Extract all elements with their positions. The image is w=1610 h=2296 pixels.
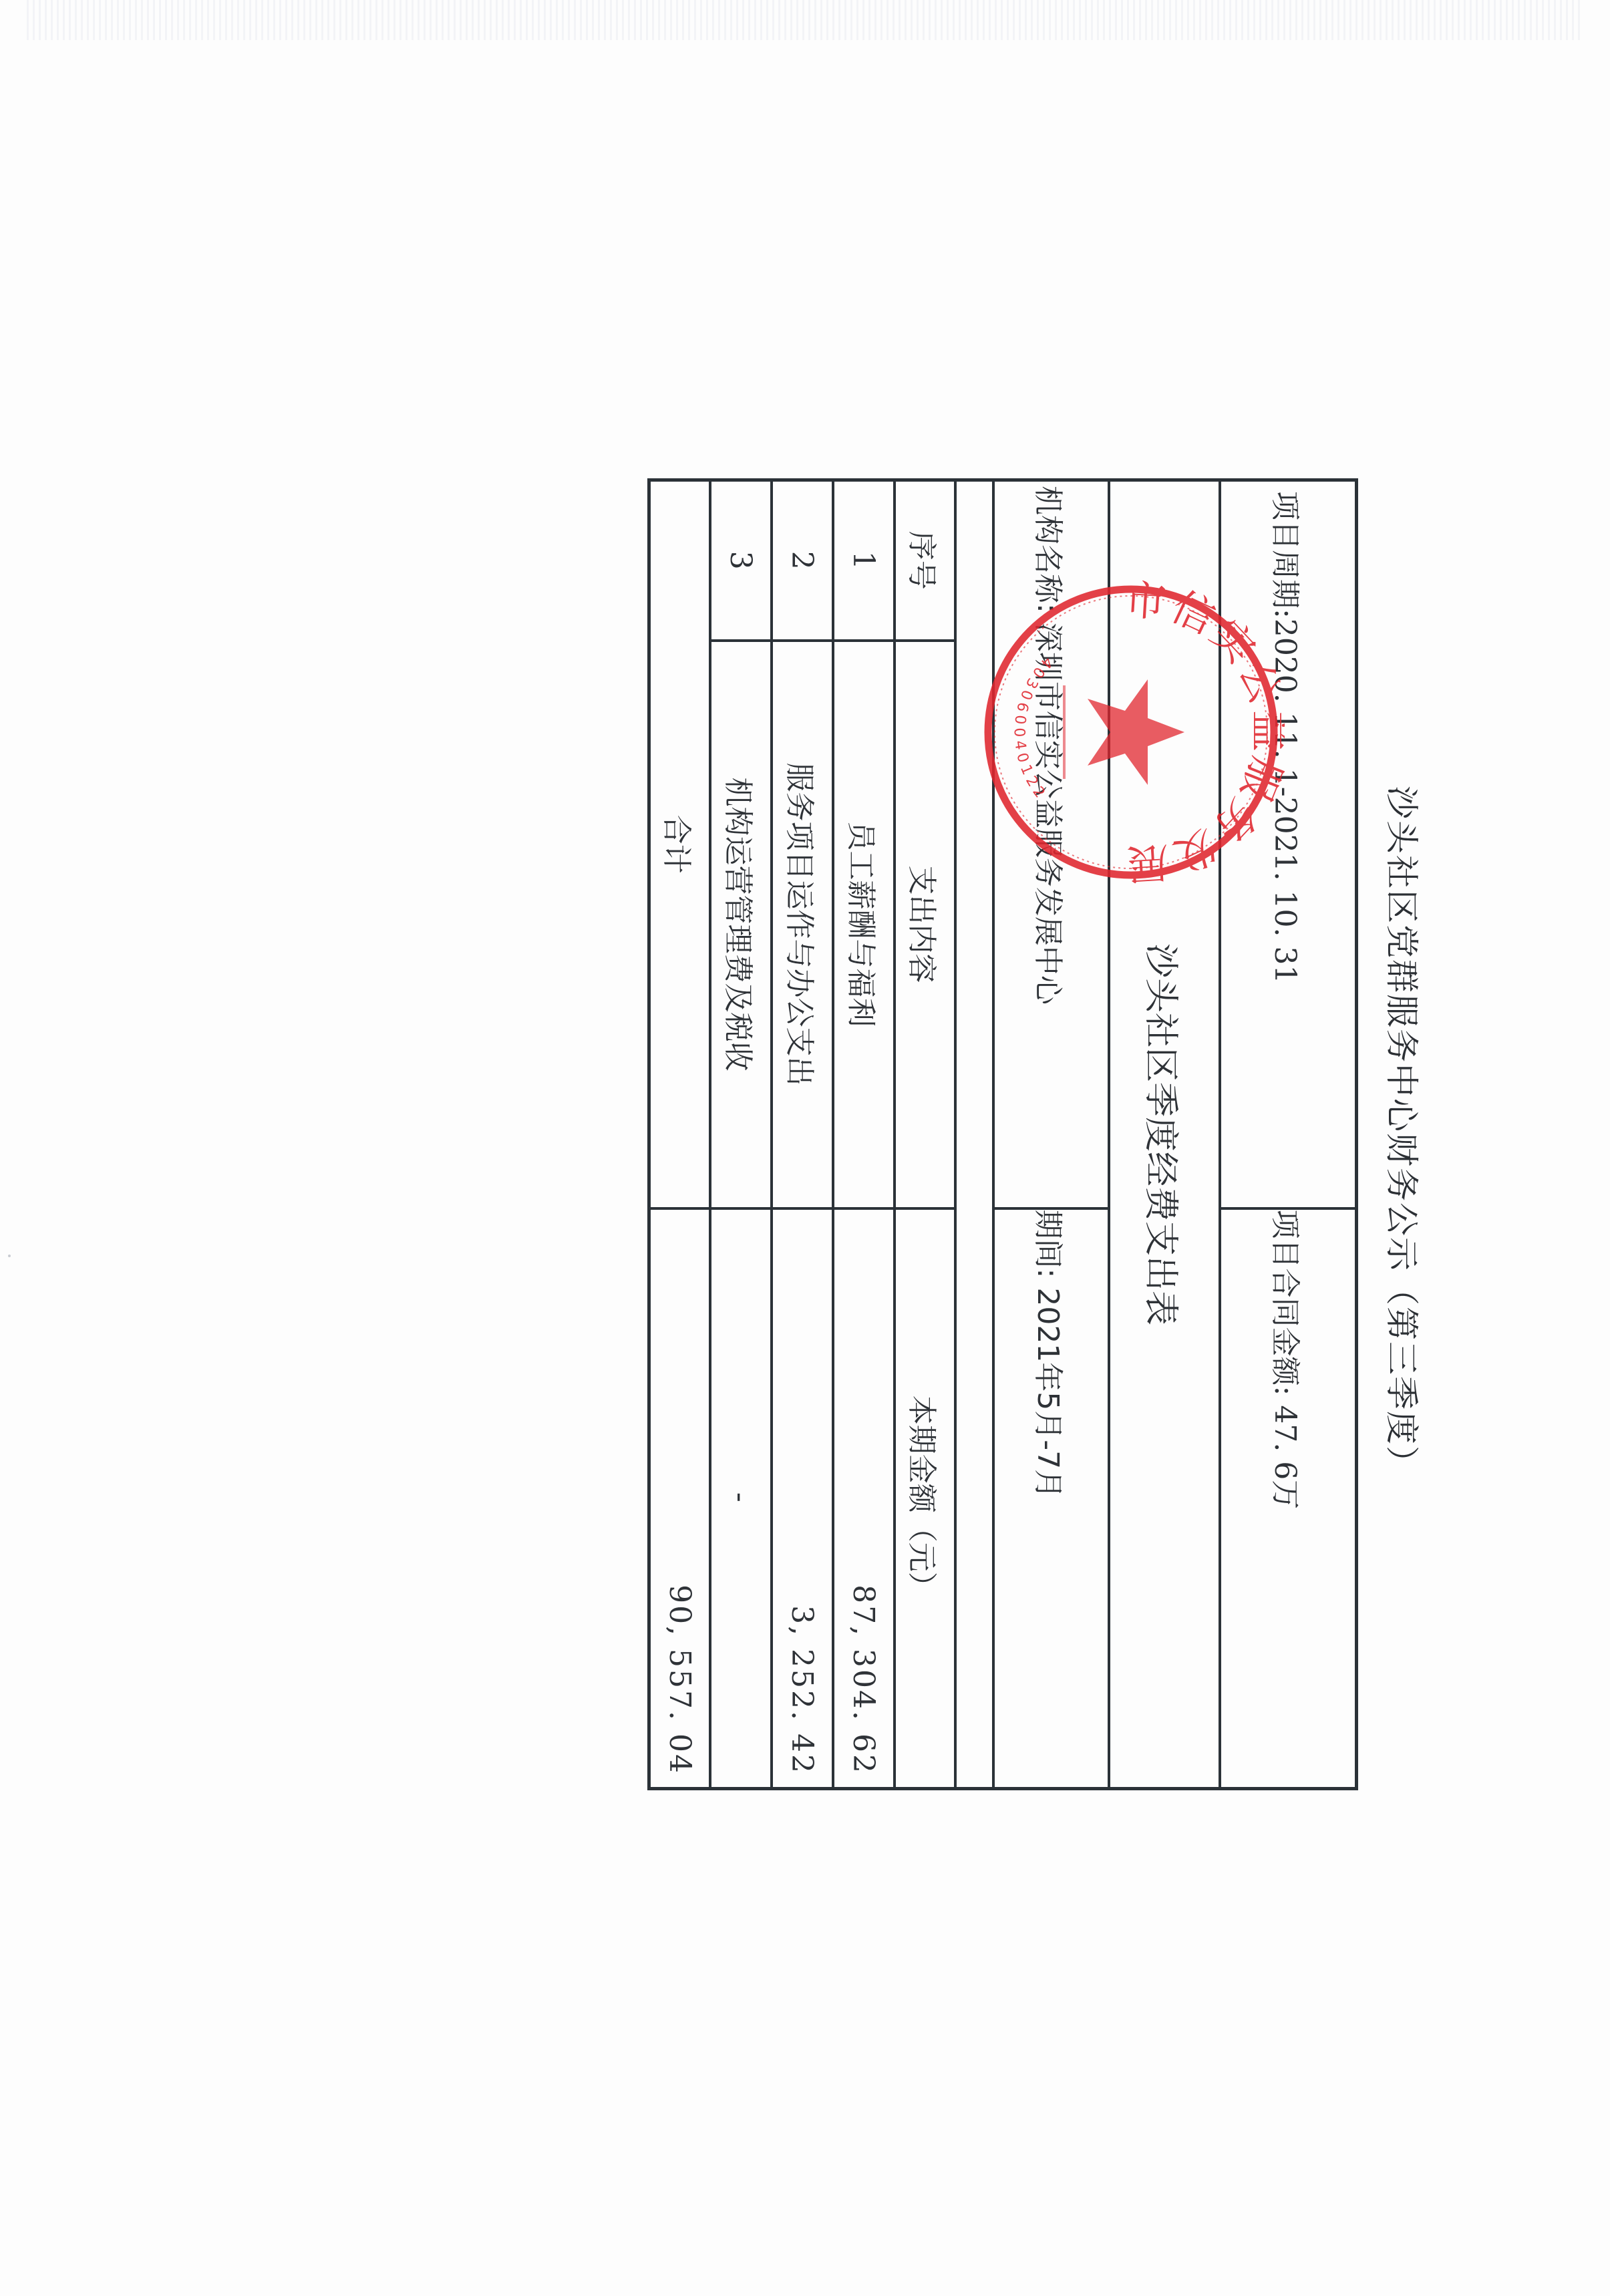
org-value: 深圳市信实公益服务发展中心: [1031, 623, 1066, 1005]
table-title: 沙头社区季度经费支出表: [1109, 480, 1220, 1789]
spacer-cell: [955, 480, 993, 1789]
contract-amount-label: 项目合同金额:: [1268, 1210, 1302, 1396]
rotated-document: 沙头社区党群服务中心财务公示（第三季度） 项目周期:2020. 11. 1-20…: [648, 478, 1450, 1788]
row-item: 机构运营管理费及税收: [710, 641, 772, 1208]
expense-table: 项目周期:2020. 11. 1-2021. 10. 31 项目合同金额: 47…: [647, 478, 1358, 1790]
document-title: 沙头社区党群服务中心财务公示（第三季度）: [1380, 478, 1428, 1788]
row-seq: 3: [710, 480, 772, 641]
row-seq: 2: [772, 480, 833, 641]
org-label: 机构名称:: [1031, 486, 1066, 613]
table-row: 3 机构运营管理费及税收 -: [710, 480, 772, 1789]
org-row: 机构名称: 深圳市信实公益服务发展中心 期间: 2021年5月-7月: [993, 480, 1109, 1789]
contract-amount: 项目合同金额: 47. 6万: [1220, 1208, 1357, 1789]
project-info-row: 项目周期:2020. 11. 1-2021. 10. 31 项目合同金额: 47…: [1220, 480, 1357, 1789]
row-item: 服务项目运作与办公支出: [772, 641, 833, 1208]
project-period: 项目周期:2020. 11. 1-2021. 10. 31: [1220, 480, 1357, 1208]
header-amount: 本期金额（元）: [895, 1208, 955, 1789]
period-value: 2021年5月-7月: [1031, 1287, 1066, 1498]
table-row: 1 员工薪酬与福利 87, 304. 62: [833, 480, 895, 1789]
table-title-row: 沙头社区季度经费支出表: [1109, 480, 1220, 1789]
header-seq: 序号: [895, 480, 955, 641]
spacer-row: [955, 480, 993, 1789]
row-amount: 3, 252. 42: [772, 1208, 833, 1789]
row-amount: 87, 304. 62: [833, 1208, 895, 1789]
period-label: 期间:: [1031, 1210, 1066, 1279]
total-amount: 90, 557. 04: [649, 1208, 711, 1789]
contract-amount-value: 47. 6万: [1268, 1405, 1302, 1509]
org-name: 机构名称: 深圳市信实公益服务发展中心: [993, 480, 1109, 1208]
header-item: 支出内容: [895, 641, 955, 1208]
scan-speck: [8, 1255, 11, 1257]
project-period-label: 项目周期:: [1268, 491, 1302, 619]
row-seq: 1: [833, 480, 895, 641]
table-row: 2 服务项目运作与办公支出 3, 252. 42: [772, 480, 833, 1789]
total-row: 合计 90, 557. 04: [649, 480, 711, 1789]
row-amount: -: [710, 1208, 772, 1789]
row-item: 员工薪酬与福利: [833, 641, 895, 1208]
scan-bleed-through: [27, 0, 1583, 40]
project-period-value: 2020. 11. 1-2021. 10. 31: [1268, 619, 1302, 984]
total-label: 合计: [649, 480, 711, 1208]
header-row: 序号 支出内容 本期金额（元）: [895, 480, 955, 1789]
period: 期间: 2021年5月-7月: [993, 1208, 1109, 1789]
